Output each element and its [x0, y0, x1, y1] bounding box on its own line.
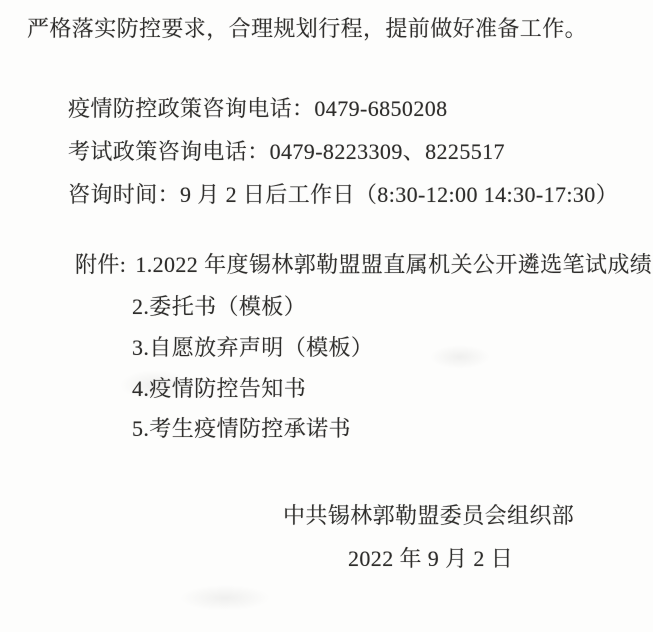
scan-smudge: [430, 345, 490, 369]
attachments-label: 附件:: [75, 252, 126, 277]
signature-date: 2022 年 9 月 2 日: [348, 546, 513, 571]
attachment-item-5: 5.考生疫情防控承诺书: [132, 416, 351, 441]
exam-policy-phone-line: 考试政策咨询电话：0479-8223309、8225517: [68, 139, 505, 164]
signature-organization: 中共锡林郭勒盟委员会组织部: [283, 503, 574, 528]
epidemic-policy-phone-line: 疫情防控政策咨询电话：0479-6850208: [68, 96, 448, 121]
attachment-item-2: 2.委托书（模板）: [132, 294, 306, 319]
consult-hours-line: 咨询时间：9 月 2 日后工作日（8:30-12:00 14:30-17:30）: [68, 182, 618, 207]
closing-paragraph: 严格落实防控要求，合理规划行程，提前做好准备工作。: [27, 16, 587, 41]
attachment-item-3: 3.自愿放弃声明（模板）: [132, 335, 373, 360]
scan-smudge: [180, 585, 270, 611]
scanned-notice-page: 严格落实防控要求，合理规划行程，提前做好准备工作。 疫情防控政策咨询电话：047…: [0, 0, 653, 632]
attachments-first-line: 附件:1.2022 年度锡林郭勒盟盟直属机关公开遴选笔试成绩: [75, 252, 652, 277]
attachment-item-4: 4.疫情防控告知书: [132, 376, 306, 401]
attachment-item-1: 1.2022 年度锡林郭勒盟盟直属机关公开遴选笔试成绩: [135, 252, 652, 277]
